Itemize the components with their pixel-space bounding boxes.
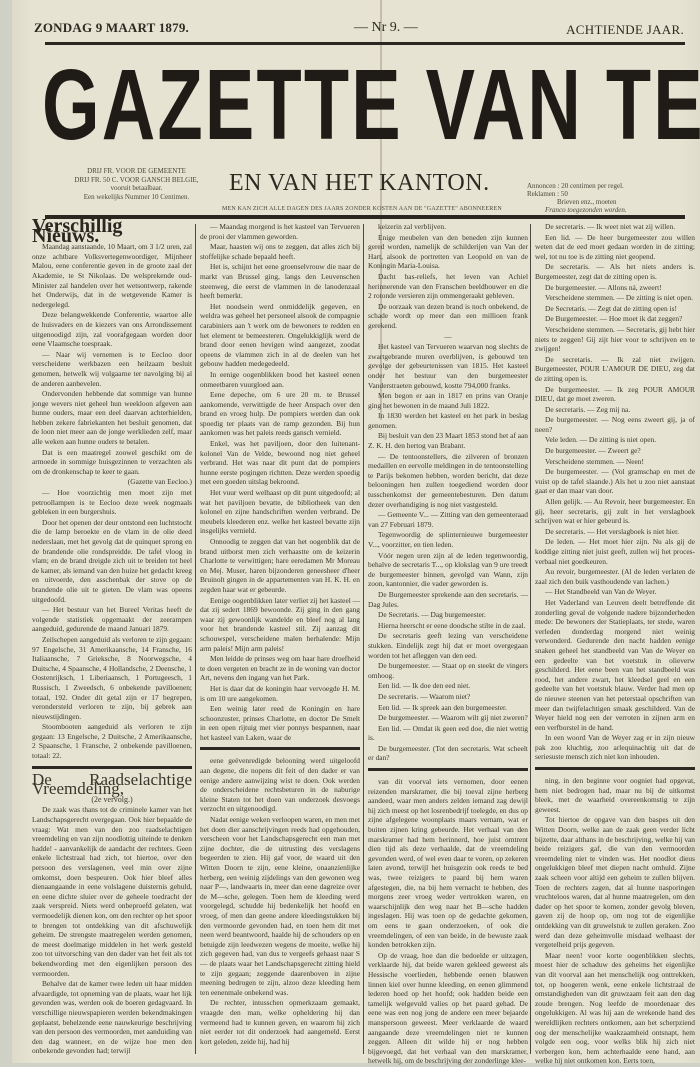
story-paragraph: Behalve dat de kamer twee leden uit haar… [32, 979, 192, 1056]
section-rule [200, 747, 360, 750]
column-4: De secretaris. — Ik weet niet wat zij wi… [535, 222, 695, 1063]
article-paragraph: Het is, schijnt het eene groenselvrouw d… [200, 262, 360, 300]
article-paragraph: Bij besluit van den 23 Maart 1853 stond … [368, 431, 528, 450]
price-line: DRIJ FR. 50 C. VOOR GANSCH BELGIE, [59, 176, 214, 185]
article-paragraph: Het Vaderland van Leuven deelt betreffen… [535, 598, 695, 732]
ad-rate-line: Franco toegezonden worden. [527, 206, 692, 214]
section-rule [535, 767, 695, 770]
article-paragraph: Tegenwoordig de splinternieuwe burgemees… [368, 530, 528, 549]
article-paragraph: De burgemeester. — Staat op en steekt de… [368, 661, 528, 680]
story-paragraph: Nadat eenige weken verloopen waren, en m… [200, 815, 360, 997]
article-paragraph: Au revoir, burgemeester. (Al de leden ve… [535, 567, 695, 586]
article-paragraph: Een lid. — Omdat ik geen eed doe, die ni… [368, 724, 528, 743]
article-paragraph: In eenige oogenblikken bood het kasteel … [200, 370, 360, 389]
story-title: De Raadselachtige Vreemdeling, [32, 775, 192, 794]
masthead-top-line: ZONDAG 9 MAART 1879. — Nr 9. — ACHTIENDE… [34, 14, 684, 38]
article-paragraph: Het noodsein werd onmiddelijk gegeven, e… [200, 302, 360, 369]
article-paragraph: De leden. — Het moet hier zijn. Nu als g… [535, 537, 695, 566]
story-paragraph: van dit voorval iets vernomen, door eene… [368, 777, 528, 950]
article-paragraph: Het is daar dat de koningin haar vervoeg… [200, 684, 360, 703]
story-paragraph: Op de vraag, hoe dan die bedoelde er uit… [368, 951, 528, 1063]
article-paragraph: — Hoe voorzichtig men moet zijn met petr… [32, 488, 192, 517]
story-paragraph: De zaak was thans tot de criminele kamer… [32, 805, 192, 978]
article-paragraph: De secretaris. — Als het niets anders is… [535, 262, 695, 281]
article-source: (Gazette van Eecloo.) [32, 477, 192, 487]
article-paragraph: Verscheidene stemmen. — De zitting is ni… [535, 293, 695, 303]
article-paragraph: Een weinig later reed de Koningin en har… [200, 704, 360, 742]
article-paragraph: — Naar wij vernemen is te Eecloo door ve… [32, 350, 192, 388]
article-paragraph: Onnoodig te zeggen dat van het oogenblik… [200, 537, 360, 595]
article-paragraph: Het kasteel van Tervueren waarvan nog sl… [368, 342, 528, 390]
article-paragraph: Zeilschepen aangeduid als verloren te zi… [32, 635, 192, 721]
article-paragraph: Eene depeche, om 6 ure 20 m. te Brussel … [200, 390, 360, 438]
column-divider [530, 224, 531, 1054]
article-paragraph: Allen gelijk. — Au Revoir, heer burgemee… [535, 497, 695, 526]
article-paragraph: De secretaris. — Waarom niet? [368, 692, 528, 702]
article-paragraph: De burgemeester. — (Vol gramschap en met… [535, 467, 695, 496]
article-paragraph: Het vuur werd welhaast op dit punt uitge… [200, 488, 360, 536]
article-paragraph: Een lid. — De heer burgemeester zou will… [535, 233, 695, 262]
section-rule [32, 766, 192, 769]
article-paragraph: Vóór negen uren zijn al de leden tegenwo… [368, 551, 528, 589]
article-divider: — [368, 332, 528, 342]
column-1: Verschillig Nieuws. Maandag aanstaande, … [32, 222, 192, 1057]
article-paragraph: Vele leden. — De zitting is niet open. [535, 435, 695, 445]
masthead-bottom-rule [45, 215, 685, 219]
article-paragraph: — De tentoonstellers, die zilveren of br… [368, 452, 528, 510]
article-paragraph: De Burgemeester sprekende aan den secret… [368, 590, 528, 609]
article-paragraph: Dacht bas-reliefs, het leven van Achiel … [368, 272, 528, 301]
article-paragraph: De oorzaak van dezen brand is noch onbek… [368, 302, 528, 331]
article-paragraph: Ondervonden hebbende dat sommige van hun… [32, 389, 192, 447]
article-paragraph: Verscheidene stemmen. — Secretaris, gij … [535, 325, 695, 354]
article-paragraph: Een lid. — Ik doe den eed niet. [368, 681, 528, 691]
story-paragraph: ning, in den beginne voor oogniet had op… [535, 776, 695, 814]
price-line: Een wekelijks Nummer 10 Centimen. [59, 193, 214, 202]
article-paragraph: Een lid. — Ik spreek aan den burgemeeste… [368, 703, 528, 713]
article-paragraph: De secretaris. — Ik weet niet wat zij wi… [535, 222, 695, 232]
article-paragraph: Maandag aanstaande, 10 Maart, om 3 1/2 u… [32, 242, 192, 309]
issue-volume: ACHTIENDE JAAR. [566, 22, 684, 38]
article-paragraph: De burgemeester. (Tot den secretaris. Wa… [368, 744, 528, 763]
article-paragraph: Dat is een maatregel zoowel geschikt om … [32, 448, 192, 477]
article-paragraph: In 1830 werden het kasteel en het park i… [368, 411, 528, 430]
article-paragraph: De Secretaris. — Dag burgemeester. [368, 610, 528, 620]
article-paragraph: De Burgemeester. — Hoe moet ik dat zegge… [535, 314, 695, 324]
article-paragraph: De secretaris geeft lezing van verscheid… [368, 631, 528, 660]
newspaper-subtitle: EN VAN HET KANTON. [229, 170, 490, 197]
article-paragraph: — Het bestuur van het Bureel Veritas hee… [32, 605, 192, 634]
article-paragraph: Door het openen der deur ontstond een lu… [32, 518, 192, 604]
article-paragraph: Men begon er aan in 1817 en prins van Or… [368, 391, 528, 410]
section-rule [368, 768, 528, 771]
newspaper-page: ZONDAG 9 MAART 1879. — Nr 9. — ACHTIENDE… [12, 0, 700, 1063]
column-2: — Maandag morgend is het kasteel van Ter… [200, 222, 360, 1047]
article-paragraph: Deze belangwekkende Conferentie, waartoe… [32, 310, 192, 348]
column-divider [363, 224, 364, 1054]
ad-rate-line: Brieven enz., moeten [527, 198, 692, 206]
article-paragraph: In een woord Van de Weyer zag er in zijn… [535, 733, 695, 762]
section-title: Verschillig Nieuws. [32, 222, 192, 241]
article-paragraph: Eenige oogenblikken later verliet zij he… [200, 596, 360, 654]
article-paragraph: — Maandag morgend is het kasteel van Ter… [200, 222, 360, 241]
article-paragraph: Enige meubelen van den beneden zijn kunn… [368, 233, 528, 271]
article-paragraph: — Gemeente V... — Zitting van den gemeen… [368, 510, 528, 529]
ad-rate-line: Annoncen : 20 centimen per regel. [527, 182, 692, 190]
subscription-note: MEN KAN ZICH ALLE DAGEN DES JAARS ZONDER… [222, 206, 502, 212]
story-paragraph: De rechter, intusschen opmerkzaam gemaak… [200, 998, 360, 1046]
article-paragraph: Stoombooten aangeduid als verloren te zi… [32, 722, 192, 760]
article-paragraph: De secretaris. — Het verslagboek is niet… [535, 527, 695, 537]
article-paragraph: De burgemeester. — Waarom wilt gij niet … [368, 713, 528, 723]
article-paragraph: Men leidde de prinses weg om haar hare d… [200, 654, 360, 683]
article-paragraph: Maar, haasten wij ons te zeggen, dat all… [200, 242, 360, 261]
article-paragraph: De burgemeester. — Ik zeg POUR AMOUR DIE… [535, 385, 695, 404]
article-paragraph: Enkel, was het paviljoen, door den luite… [200, 439, 360, 487]
price-line: DRIJ FR. VOOR DE GEMEENTE [59, 167, 214, 176]
article-paragraph: De burgemeester. — Allons ná, zweert! [535, 283, 695, 293]
article-paragraph: De burgemeester. — Zweert ge? [535, 446, 695, 456]
issue-date: ZONDAG 9 MAART 1879. [34, 20, 189, 36]
newspaper-title: GAZETTE VAN TEMSCHE [42, 46, 519, 164]
subscription-prices: DRIJ FR. VOOR DE GEMEENTE DRIJ FR. 50 C.… [59, 167, 214, 201]
story-paragraph: Maar neen! voor korte oogenblikken slech… [535, 951, 695, 1063]
article-paragraph: De secretaris. — Ik zal niet zwijgen. Bu… [535, 355, 695, 384]
top-rule [45, 42, 685, 45]
article-paragraph: De burgemeester. — Nog eens zweert gij, … [535, 415, 695, 434]
price-line: vooruit betaalbaar. [59, 184, 214, 193]
issue-number: — Nr 9. — [354, 20, 418, 36]
article-paragraph: keizerin zal verblijven. [368, 222, 528, 232]
article-paragraph: Hierna heerscht er eene doodsche stilte … [368, 621, 528, 631]
story-paragraph: eene geëvenredigde belooning werd uitgel… [200, 756, 360, 814]
column-divider [195, 224, 196, 1054]
ad-rate-line: Reklamen : 50 [527, 190, 692, 198]
article-paragraph: De secretaris. — Zeg mij na. [535, 405, 695, 415]
article-paragraph: Verscheidene stemmen. — Neen! [535, 457, 695, 467]
advertising-rates: Annoncen : 20 centimen per regel. Reklam… [527, 182, 692, 214]
story-paragraph: Tot hiertoe de opgave van den baspes uit… [535, 815, 695, 949]
article-paragraph: De Secretaris. — Zegt dat de zitting ope… [535, 304, 695, 314]
column-3: keizerin zal verblijven. Enige meubelen … [368, 222, 528, 1063]
article-paragraph: — Het Standbeeld van Van de Weyer. [535, 587, 695, 597]
